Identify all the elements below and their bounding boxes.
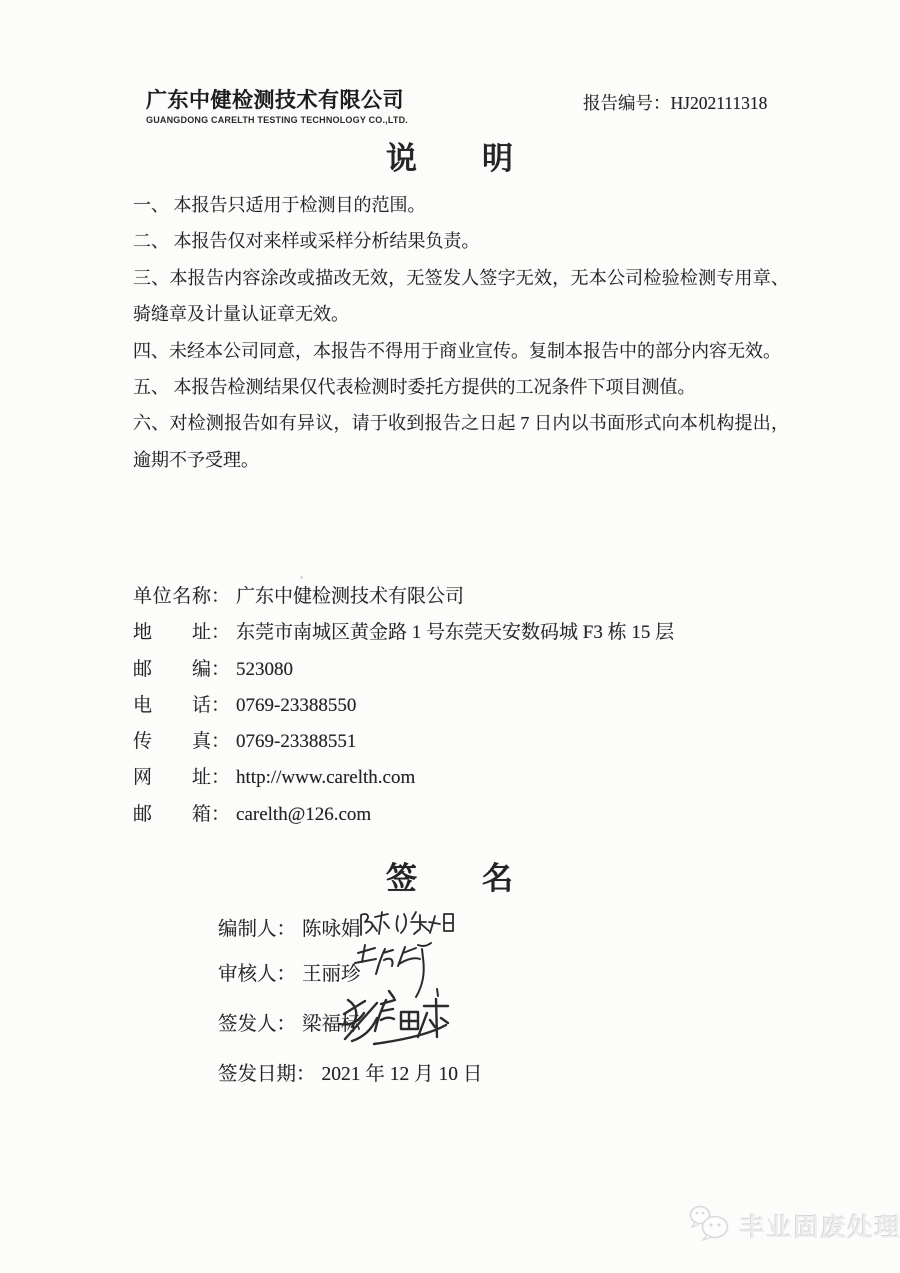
handwritten-signature-preparer (356, 906, 456, 940)
colon: ： (211, 695, 230, 716)
wechat-icon (688, 1204, 732, 1247)
signature-name-preparer: 陈咏娟 (302, 919, 361, 940)
statement-item-2: 二、 本报告仅对来样或采样分析结果负责。 (133, 223, 789, 259)
contact-row-email: 邮箱：carelth@126.com (133, 797, 674, 833)
contact-label: 电话 (133, 688, 211, 724)
handwritten-signature-issuer (336, 986, 464, 1050)
contact-row-address: 地址：东莞市南城区黄金路 1 号东莞天安数码城 F3 栋 15 层 (133, 615, 674, 651)
contact-row-phone: 电话：0769-23388550 (133, 688, 674, 724)
signature-label: 编制人 (218, 919, 277, 940)
colon: ： (211, 586, 230, 607)
colon: ： (211, 731, 230, 752)
statement-title: 说 明 (0, 133, 900, 178)
watermark-text: 丰业固废处理 (740, 1208, 900, 1244)
contact-value-postcode: 523080 (236, 659, 293, 680)
signature-date-value: 2021 年 12 月 10 日 (322, 1064, 483, 1085)
signature-row-date: 签发日期：2021 年 12 月 10 日 (218, 1058, 482, 1086)
colon: ： (211, 659, 230, 680)
signature-date-label: 签发日期 (218, 1064, 296, 1085)
contact-row-fax: 传真：0769-23388551 (133, 724, 674, 760)
contact-row-postcode: 邮编：523080 (133, 652, 674, 688)
signature-label: 审核人 (218, 964, 277, 985)
contact-row-company: 单位名称：广东中健检测技术有限公司 (133, 579, 674, 615)
signature-title: 签 名 (0, 853, 900, 898)
watermark: 丰业固废处理 (688, 1204, 900, 1247)
contact-value-fax: 0769-23388551 (236, 731, 356, 752)
contact-value-email: carelth@126.com (236, 804, 371, 825)
statement-item-4: 四、未经本公司同意，本报告不得用于商业宣传。复制本报告中的部分内容无效。 (133, 333, 789, 369)
report-number-value: HJ202111318 (671, 93, 768, 113)
colon: ： (277, 1014, 297, 1035)
colon: ： (296, 1064, 316, 1085)
scanned-report-page: 广东中健检测技术有限公司 GUANGDONG CARELTH TESTING T… (0, 0, 900, 1273)
contact-label: 网址 (133, 760, 211, 796)
contact-label: 单位名称 (133, 579, 211, 615)
report-number: 报告编号：HJ202111318 (583, 90, 767, 115)
colon: ： (211, 804, 230, 825)
statement-item-5: 五、 本报告检测结果仅代表检测时委托方提供的工况条件下项目测值。 (133, 369, 789, 405)
colon: ： (211, 767, 230, 788)
colon: ： (277, 919, 297, 940)
colon: ： (277, 964, 297, 985)
company-name-en: GUANGDONG CARELTH TESTING TECHNOLOGY CO.… (146, 115, 408, 125)
report-number-label: 报告编号： (583, 93, 671, 113)
company-name-cn: 广东中健检测技术有限公司 (146, 84, 408, 114)
statement-item-3: 三、本报告内容涂改或描改无效，无签发人签字无效，无本公司检验检测专用章、骑缝章及… (133, 260, 789, 333)
contact-label: 邮编 (133, 652, 211, 688)
contact-value-company: 广东中健检测技术有限公司 (236, 586, 464, 607)
contact-value-phone: 0769-23388550 (236, 695, 356, 716)
contact-label: 传真 (133, 724, 211, 760)
statement-item-6: 六、对检测报告如有异议，请于收到报告之日起 7 日内以书面形式向本机构提出，逾期… (133, 405, 789, 478)
contact-block: 单位名称：广东中健检测技术有限公司 地址：东莞市南城区黄金路 1 号东莞天安数码… (133, 579, 674, 833)
contact-label: 地址 (133, 615, 211, 651)
signature-row-preparer: 编制人：陈咏娟 (218, 913, 361, 941)
contact-label: 邮箱 (133, 797, 211, 833)
signature-row-reviewer: 审核人：王丽珍 (218, 958, 361, 986)
contact-row-website: 网址：http://www.carelth.com (133, 760, 674, 796)
signature-label: 签发人 (218, 1014, 277, 1035)
contact-value-website: http://www.carelth.com (236, 767, 415, 788)
statement-item-1: 一、 本报告只适用于检测目的范围。 (133, 187, 789, 223)
contact-value-address: 东莞市南城区黄金路 1 号东莞天安数码城 F3 栋 15 层 (236, 622, 674, 643)
company-logo: 广东中健检测技术有限公司 GUANGDONG CARELTH TESTING T… (146, 84, 408, 125)
statement-notes: 一、 本报告只适用于检测目的范围。 二、 本报告仅对来样或采样分析结果负责。 三… (133, 187, 789, 478)
colon: ： (211, 622, 230, 643)
